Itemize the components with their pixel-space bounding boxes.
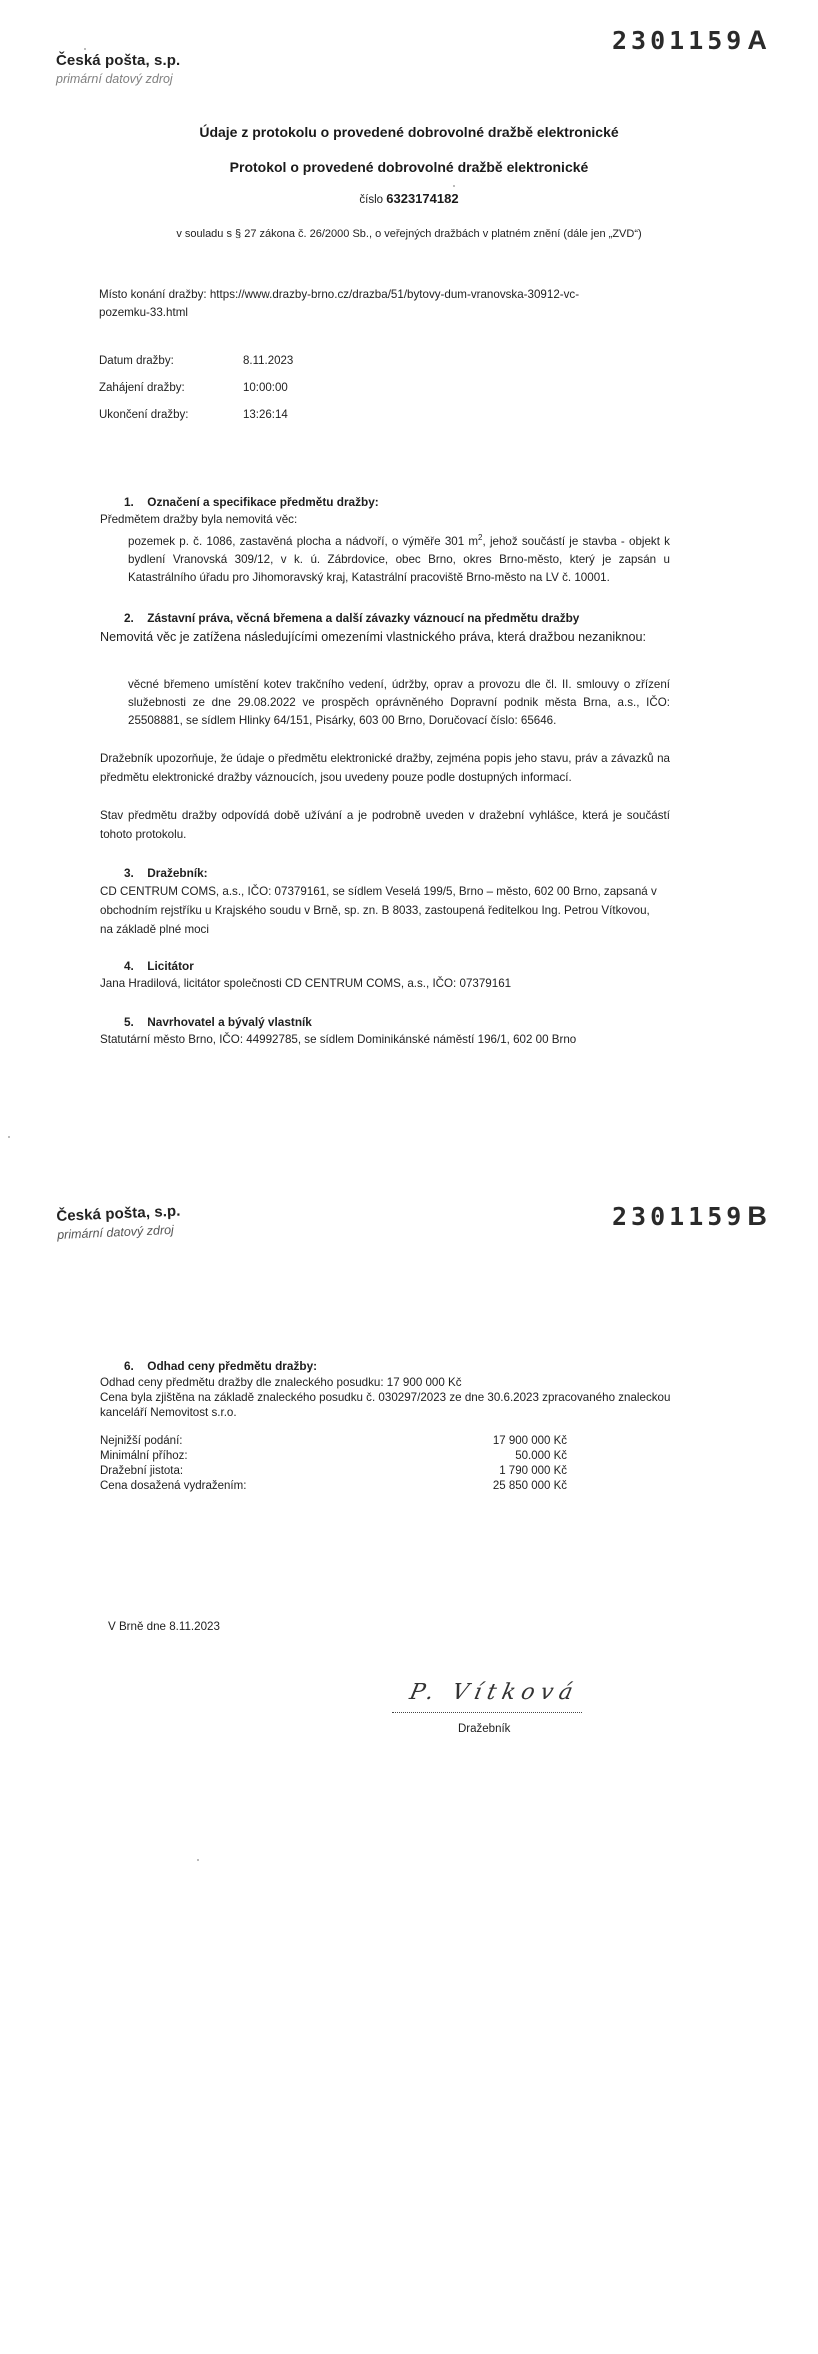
serial-suffix: A <box>747 25 767 55</box>
signature: P. Vítková <box>407 1680 581 1705</box>
protocol-number-value: 6323174182 <box>386 191 458 206</box>
notice-paragraph-1: Dražebník upozorňuje, že údaje o předmět… <box>100 749 670 787</box>
section-3-body: CD CENTRUM COMS, a.s., IČO: 07379161, se… <box>100 882 660 939</box>
section-2-intro: Nemovitá věc je zatížena následujícími o… <box>100 627 670 647</box>
auction-end-row: Ukončení dražby:13:26:14 <box>99 406 288 424</box>
section-6-estimate: Odhad ceny předmětu dražby dle znaleckéh… <box>100 1375 670 1390</box>
auction-start-row: Zahájení dražby:10:00:00 <box>99 379 288 397</box>
section-4-heading: 4. Licitátor <box>124 957 194 975</box>
stamp-organization: Česká pošta, s.p. <box>56 1203 181 1225</box>
section-6-appraisal: Cena byla zjištěna na základě znaleckého… <box>100 1390 680 1420</box>
document-title: Údaje z protokolu o provedené dobrovolné… <box>0 124 818 140</box>
auction-start-value: 10:00:00 <box>243 382 288 394</box>
section-1-intro: Předmětem dražby byla nemovitá věc: <box>100 511 670 529</box>
section-4-body: Jana Hradilová, licitátor společnosti CD… <box>100 975 670 993</box>
section-6-title: Odhad ceny předmětu dražby: <box>147 1359 317 1373</box>
section-4-title: Licitátor <box>147 959 194 973</box>
auction-date-value: 8.11.2023 <box>243 355 293 367</box>
serial-digits: 2301159 <box>612 1202 745 1231</box>
section-5-title: Navrhovatel a bývalý vlastník <box>147 1015 312 1029</box>
price-row-lowest-bid: Nejnižší podání:17 900 000 Kč <box>100 1434 567 1449</box>
section-6-heading: 6. Odhad ceny předmětu dražby: <box>124 1357 317 1375</box>
serial-number-page-1: 2301159A <box>612 25 767 56</box>
auction-end-label: Ukončení dražby: <box>99 406 243 424</box>
section-1-title: Označení a specifikace předmětu dražby: <box>147 495 378 509</box>
postal-stamp-page-2: Česká pošta, s.p. primární datový zdroj <box>56 1203 182 1242</box>
serial-suffix: B <box>747 1201 767 1231</box>
scan-speck <box>84 48 86 50</box>
price-row-min-increment: Minimální příhoz:50.000 Kč <box>100 1449 567 1464</box>
price-row-final-price: Cena dosažená vydražením:25 850 000 Kč <box>100 1479 567 1494</box>
auction-place-label: Místo konání dražby: <box>99 288 207 301</box>
section-3-title: Dražebník: <box>147 866 207 880</box>
auction-date-label: Datum dražby: <box>99 352 243 370</box>
legal-basis: v souladu s § 27 zákona č. 26/2000 Sb., … <box>0 225 818 243</box>
auction-place-url-cont: pozemku-33.html <box>99 304 699 322</box>
auction-date-row: Datum dražby:8.11.2023 <box>99 352 293 370</box>
protocol-number-label: číslo <box>359 194 383 206</box>
section-2-heading: 2. Zástavní práva, věcná břemena a další… <box>124 609 579 627</box>
stamp-subtitle: primární datový zdroj <box>56 72 180 86</box>
signature-line <box>392 1712 582 1713</box>
signature-label: Dražebník <box>458 1720 510 1738</box>
price-row-deposit: Dražební jistota:1 790 000 Kč <box>100 1464 567 1479</box>
stamp-subtitle: primární datový zdroj <box>57 1223 182 1242</box>
postal-stamp-page-1: Česká pošta, s.p. primární datový zdroj <box>56 52 180 86</box>
auction-start-label: Zahájení dražby: <box>99 379 243 397</box>
serial-digits: 2301159 <box>612 26 745 55</box>
section-3-heading: 3. Dražebník: <box>124 864 208 882</box>
place-and-date: V Brně dne 8.11.2023 <box>108 1618 220 1636</box>
scan-speck <box>197 1859 199 1861</box>
auction-place: Místo konání dražby: https://www.drazby-… <box>99 286 699 322</box>
scan-speck <box>453 185 455 187</box>
section-5-body: Statutární město Brno, IČO: 44992785, se… <box>100 1031 670 1049</box>
protocol-number: číslo 6323174182 <box>0 191 818 206</box>
stamp-organization: Česká pošta, s.p. <box>56 52 180 69</box>
scan-speck <box>8 1136 10 1138</box>
document-subtitle: Protokol o provedené dobrovolné dražbě e… <box>0 159 818 175</box>
section-1-body: pozemek p. č. 1086, zastavěná plocha a n… <box>128 529 670 587</box>
serial-number-page-2: 2301159B <box>612 1201 767 1232</box>
section-2-body: věcné břemeno umístění kotev trakčního v… <box>128 676 670 730</box>
section-5-heading: 5. Navrhovatel a bývalý vlastník <box>124 1013 312 1031</box>
auction-end-value: 13:26:14 <box>243 409 288 421</box>
auction-place-url: https://www.drazby-brno.cz/drazba/51/byt… <box>210 288 579 301</box>
section-1-heading: 1. Označení a specifikace předmětu dražb… <box>124 493 379 511</box>
notice-paragraph-2: Stav předmětu dražby odpovídá době užívá… <box>100 806 670 844</box>
section-2-title: Zástavní práva, věcná břemena a další zá… <box>147 611 579 625</box>
